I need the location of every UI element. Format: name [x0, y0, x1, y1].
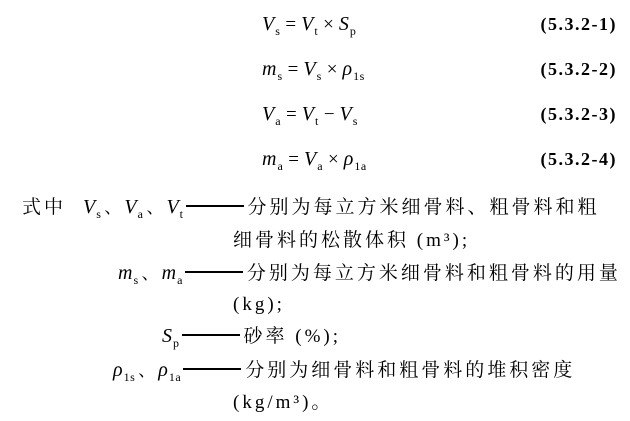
em-dash: [183, 368, 241, 370]
equation-row: ma=Va×ρ1a (5.3.2-4): [0, 148, 617, 176]
math-subscript: s: [96, 207, 101, 221]
math-var: ρ: [113, 359, 123, 381]
math-subscript: 1s: [353, 69, 365, 83]
math-var: m: [262, 58, 276, 80]
definition-description: 砂率 (%);: [244, 326, 342, 347]
definition-description: 分别为每立方米细骨料、粗骨料和粗: [248, 197, 600, 218]
math-subscript: 1a: [169, 370, 181, 384]
em-dash: [185, 271, 243, 273]
math-subscript: s: [353, 114, 358, 128]
equals-sign: =: [285, 14, 296, 35]
math-var: V: [124, 196, 136, 218]
equation-number: (5.3.2-1): [541, 14, 617, 35]
math-var: S: [162, 325, 172, 347]
math-subscript: t: [314, 24, 318, 38]
math-subscript: s: [317, 69, 322, 83]
equals-sign: =: [288, 59, 299, 80]
math-subscript: t: [315, 114, 319, 128]
ideographic-comma: 、: [146, 198, 163, 217]
equals-sign: =: [286, 104, 297, 125]
equation-3: Va=Vt−Vs: [262, 103, 358, 129]
em-dash: [182, 334, 240, 336]
where-line-volumes: 式中Vs、Va、Vt分别为每立方米细骨料、粗骨料和粗: [22, 195, 600, 226]
operator-sign: −: [324, 104, 335, 125]
equation-row: Vs=Vt×Sp (5.3.2-1): [0, 13, 617, 41]
equation-number: (5.3.2-4): [541, 149, 617, 170]
where-line-sand-ratio: Sp砂率 (%);: [162, 324, 341, 355]
ideographic-comma: 、: [138, 361, 155, 380]
math-var: ρ: [342, 58, 352, 80]
where-line-bulk-density: ρ1s、ρ1a分别为细骨料和粗骨料的堆积密度: [113, 358, 575, 389]
where-line-masses: ms、ma分别为每立方米细骨料和粗骨料的用量: [118, 261, 621, 292]
math-subscript: a: [317, 159, 323, 173]
operator-sign: ×: [323, 14, 334, 35]
math-subscript: s: [133, 273, 138, 287]
ideographic-comma: 、: [104, 198, 121, 217]
math-var: m: [162, 262, 176, 284]
math-subscript: 1s: [124, 370, 136, 384]
equation-4: ma=Va×ρ1a: [262, 148, 367, 174]
where-label: 式中: [22, 197, 66, 218]
definition-continuation: (kg/m³)。: [233, 392, 333, 413]
math-subscript: s: [277, 69, 282, 83]
document-page: Vs=Vt×Sp (5.3.2-1) ms=Vs×ρ1s (5.3.2-2) V…: [0, 0, 630, 421]
definition-description: 分别为细骨料和粗骨料的堆积密度: [245, 360, 575, 381]
math-var: V: [301, 13, 313, 35]
equation-number: (5.3.2-3): [541, 104, 617, 125]
math-var: V: [83, 196, 95, 218]
math-subscript: a: [177, 273, 183, 287]
math-var: V: [262, 13, 274, 35]
math-subscript: 1a: [354, 159, 366, 173]
math-var: V: [302, 103, 314, 125]
equation-row: ms=Vs×ρ1s (5.3.2-2): [0, 58, 617, 86]
math-subscript: p: [173, 336, 180, 350]
where-line-bulk-density-cont: (kg/m³)。: [233, 391, 333, 416]
where-line-masses-cont: (kg);: [233, 293, 285, 318]
math-var: V: [340, 103, 352, 125]
definition-description: 分别为每立方米细骨料和粗骨料的用量: [247, 263, 621, 284]
equation-row: Va=Vt−Vs (5.3.2-3): [0, 103, 617, 131]
where-line-volumes-cont: 细骨料的松散体积 (m³);: [233, 229, 470, 254]
definition-continuation: (kg);: [233, 294, 285, 315]
math-subscript: p: [350, 24, 357, 38]
math-var: V: [166, 196, 178, 218]
math-var: ρ: [158, 359, 168, 381]
math-var: V: [304, 148, 316, 170]
math-var: S: [339, 13, 349, 35]
equals-sign: =: [288, 149, 299, 170]
math-subscript: t: [180, 207, 184, 221]
equation-2: ms=Vs×ρ1s: [262, 58, 365, 84]
math-var: V: [262, 103, 274, 125]
operator-sign: ×: [328, 149, 339, 170]
equation-1: Vs=Vt×Sp: [262, 13, 356, 39]
math-subscript: a: [275, 114, 281, 128]
operator-sign: ×: [327, 59, 338, 80]
equation-number: (5.3.2-2): [541, 59, 617, 80]
math-var: V: [303, 58, 315, 80]
em-dash: [186, 205, 244, 207]
ideographic-comma: 、: [142, 264, 159, 283]
math-var: m: [262, 148, 276, 170]
definition-continuation: 细骨料的松散体积 (m³);: [233, 230, 470, 251]
math-subscript: s: [275, 24, 280, 38]
math-subscript: a: [138, 207, 144, 221]
math-var: m: [118, 262, 132, 284]
math-subscript: a: [277, 159, 283, 173]
math-var: ρ: [344, 148, 354, 170]
